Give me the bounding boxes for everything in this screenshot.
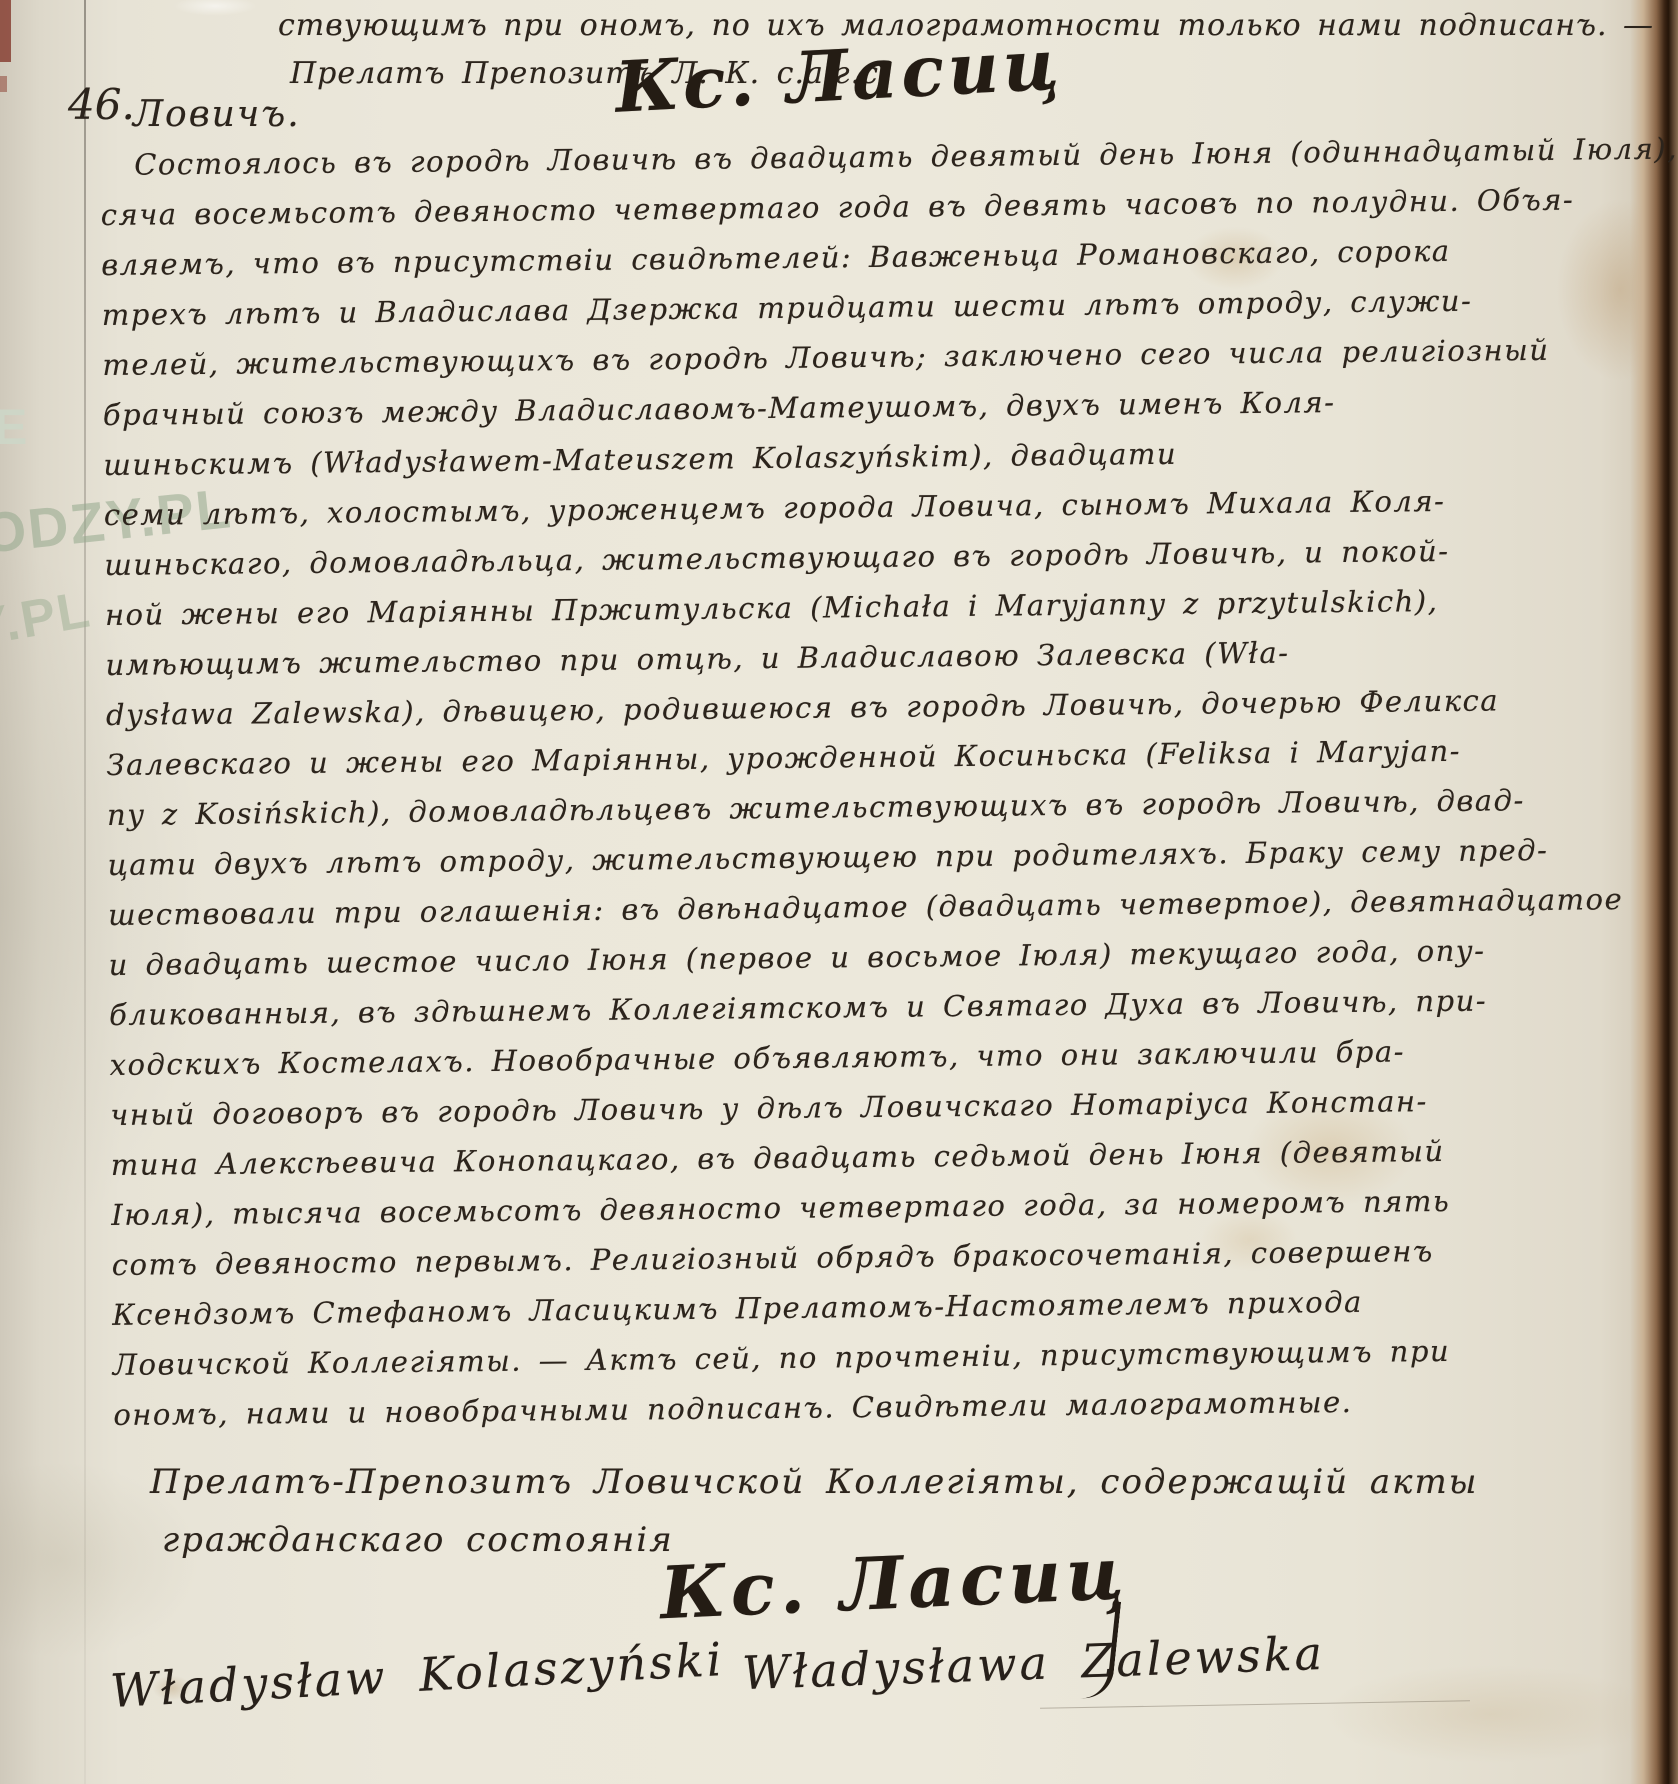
groom-signature: Władysław Kolaszyński [109, 1632, 726, 1718]
page-binding-edge [1630, 0, 1678, 1784]
officiant-signature: Кс. Ласиц [658, 1530, 1130, 1635]
margin-rule-line [84, 0, 86, 1784]
faint-baseline-rule [1040, 1700, 1470, 1709]
binding-red-mark [0, 0, 11, 62]
watermark-fragment-lower: ZY.PL [0, 579, 96, 664]
place-heading: Ловичъ. [133, 94, 301, 135]
closing-line: Прелатъ-Препозитъ Ловичской Коллегіяты, … [150, 1462, 1478, 1502]
record-body: Состоялось въ городѣ Ловичѣ въ двадцать … [100, 125, 1594, 1440]
closing-line: гражданскаго состоянія [162, 1520, 674, 1560]
bride-signature: Władysława Zalewska [741, 1626, 1326, 1700]
record-number: 46. [68, 80, 135, 129]
binding-red-mark-small [0, 76, 7, 92]
watermark-fragment-e: E [0, 398, 27, 456]
document-scan-page: { "watermark": { "fragment_top": "E", "f… [0, 0, 1678, 1784]
